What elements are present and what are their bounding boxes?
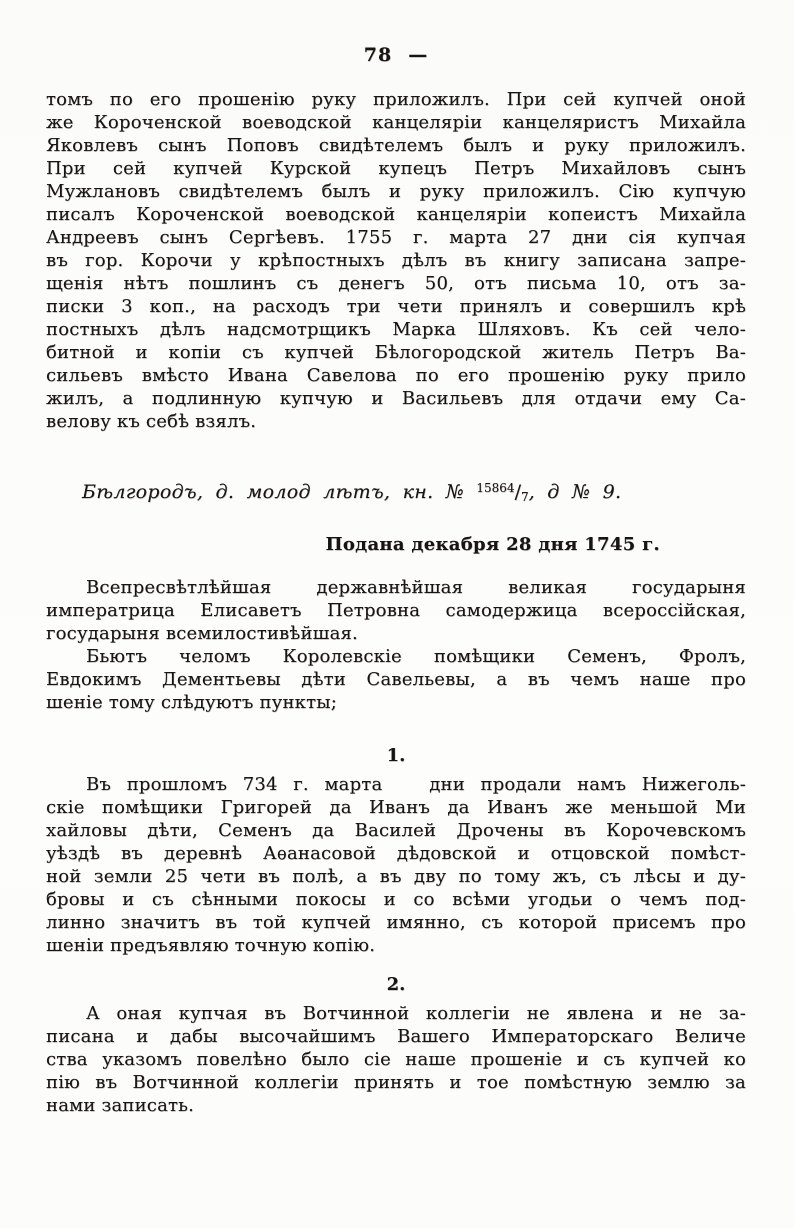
paragraph-deed-conclusion: томъ по его прошенію руку приложилъ. При…	[46, 88, 746, 433]
text-line: Въ прошломъ 734 г. марта дни продали нам…	[46, 773, 746, 796]
text-line: же Короченской воеводской канцеляріи кан…	[46, 111, 746, 134]
page-number: 78	[364, 44, 392, 66]
text-line: писана и дабы высочайшимъ Вашего Императ…	[46, 1025, 746, 1048]
case-number-numerator: 15864	[476, 481, 514, 495]
case-reference-heading: Бѣлгородъ, д. молод лѣтъ, кн. № 15864/7,…	[46, 475, 746, 510]
text-line: писки 3 коп., на расходъ три чети принял…	[46, 295, 746, 318]
text-line: При сей купчей Курской купецъ Петръ Миха…	[46, 157, 746, 180]
text-line: томъ по его прошенію руку приложилъ. При…	[46, 88, 746, 111]
paragraph-petitioners: Бьютъ челомъ Королевскіе помѣщики Семенъ…	[46, 645, 746, 714]
text-line: пію въ Вотчинной коллегіи принять и тое …	[46, 1071, 746, 1094]
text-line: государыня всемилостивѣйшая.	[46, 622, 746, 645]
page-header: 78—	[46, 44, 746, 72]
text-line: велову къ себѣ взялъ.	[46, 410, 746, 433]
case-heading-suffix: , д № 9.	[529, 481, 622, 503]
text-line: битной и копіи съ купчей Бѣлогородской ж…	[46, 341, 746, 364]
text-line: Андреевъ сынъ Сергѣевъ. 1755 г. марта 27…	[46, 226, 746, 249]
case-heading-prefix: Бѣлгородъ, д. молод лѣтъ, кн. №	[82, 481, 464, 503]
text-line: императрица Елисаветъ Петровна самодержи…	[46, 599, 746, 622]
scanned-book-page: 78— томъ по его прошенію руку приложилъ.…	[0, 0, 794, 1228]
text-line: писалъ Короченской воеводской канцеляріи…	[46, 203, 746, 226]
paragraph-point-1: Въ прошломъ 734 г. марта дни продали нам…	[46, 773, 746, 957]
text-line: Евдокимъ Дементьевы дѣти Савельевы, а въ…	[46, 668, 746, 691]
paragraph-imperial-title: Всепресвѣтлѣйшая державнѣйшая великая го…	[46, 576, 746, 645]
text-line: линно значитъ въ той купчей имянно, съ к…	[46, 911, 746, 934]
text-line: скіе помѣщики Григорей да Иванъ да Иванъ…	[46, 796, 746, 819]
text-line: ной земли 25 чети въ полѣ, а въ дву по т…	[46, 865, 746, 888]
case-number-fraction: 15864/7	[476, 481, 528, 503]
text-line: ства указомъ повелѣно было сіе наше прош…	[46, 1048, 746, 1071]
section-2-number: 2.	[46, 973, 746, 997]
text-line: жилъ, а подлинную купчую и Васильевъ для…	[46, 387, 746, 410]
text-line: въ гор. Корочи у крѣпостныхъ дѣлъ въ кни…	[46, 249, 746, 272]
section-1-number: 1.	[46, 744, 746, 768]
text-line: Всепресвѣтлѣйшая державнѣйшая великая го…	[46, 576, 746, 599]
text-line: Яковлевъ сынъ Поповъ свидѣтелемъ былъ и …	[46, 134, 746, 157]
text-line: щенія нѣтъ пошлинъ съ денегъ 50, отъ пис…	[46, 272, 746, 295]
text-line: Мужлановъ свидѣтелемъ былъ и руку прилож…	[46, 180, 746, 203]
text-line: шеніе тому слѣдуютъ пункты;	[46, 691, 746, 714]
text-line: Бьютъ челомъ Королевскіе помѣщики Семенъ…	[46, 645, 746, 668]
text-line: сильевъ вмѣсто Ивана Савелова по его про…	[46, 364, 746, 387]
text-line: шеніи предъявляю точную копію.	[46, 934, 746, 957]
text-line: хайловы дѣти, Семенъ да Василей Дрочены …	[46, 819, 746, 842]
header-dash: —	[408, 44, 428, 66]
text-line: А оная купчая въ Вотчинной коллегіи не я…	[46, 1002, 746, 1025]
case-number-denominator: 7	[521, 490, 529, 504]
text-line: уѣздѣ въ деревнѣ Аѳанасовой дѣдовской и …	[46, 842, 746, 865]
submission-dateline: Подана декабря 28 дня 1745 г.	[46, 532, 746, 558]
text-line: нами записать.	[46, 1094, 746, 1117]
paragraph-point-2: А оная купчая въ Вотчинной коллегіи не я…	[46, 1002, 746, 1117]
text-line: постныхъ дѣлъ надсмотрщикъ Марка Шляховъ…	[46, 318, 746, 341]
text-line: бровы и съ сѣнными покосы и со всѣми уго…	[46, 888, 746, 911]
